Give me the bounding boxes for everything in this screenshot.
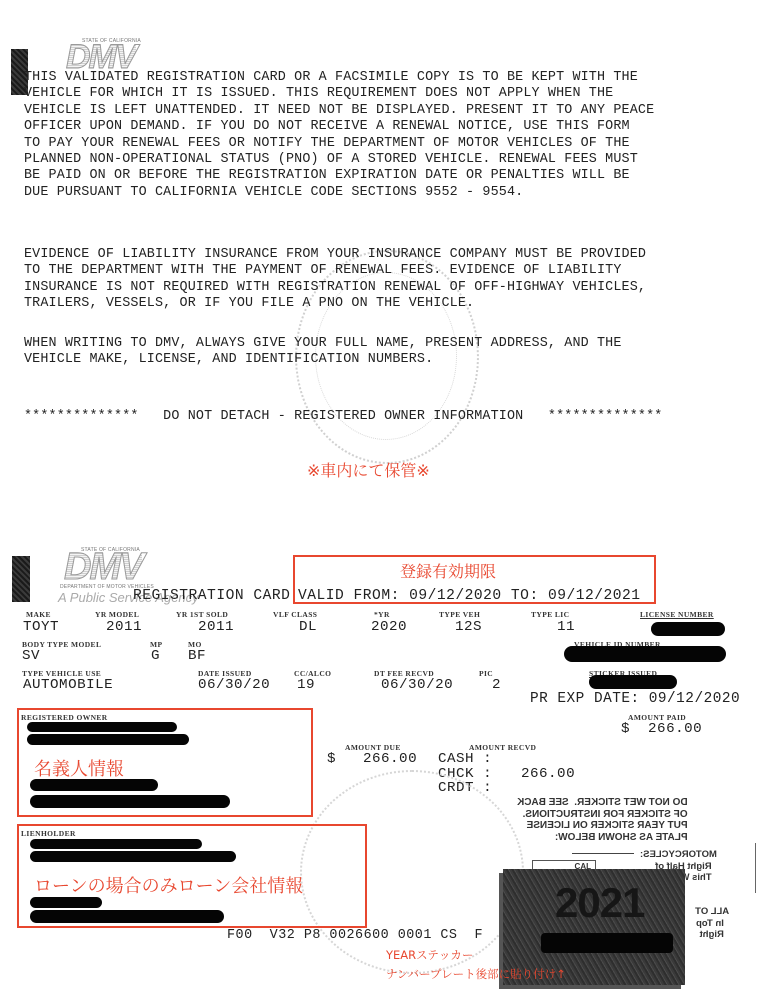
field-label-type-lic: TYPE LIC <box>531 610 569 619</box>
field-value-mp: G <box>151 648 160 664</box>
insurance-paragraph: EVIDENCE OF LIABILITY INSURANCE FROM YOU… <box>24 247 646 313</box>
field-value-date-issued: 06/30/20 <box>198 677 270 693</box>
field-value-vlf-class: DL <box>299 619 317 635</box>
owner-name-redacted-2 <box>27 734 189 745</box>
writing-dmv-paragraph: WHEN WRITING TO DMV, ALWAYS GIVE YOUR FU… <box>24 336 622 369</box>
payment-cash-label: CASH : <box>438 751 492 767</box>
field-value-type-veh: 12S <box>455 619 482 635</box>
lienholder-label: LIENHOLDER <box>21 829 76 838</box>
text-line: THIS VALIDATED REGISTRATION CARD OR A FA… <box>24 70 654 86</box>
amount-due-currency: $ <box>327 751 336 767</box>
do-not-detach-line: ************** DO NOT DETACH - REGISTERE… <box>24 409 662 425</box>
field-label-yr-model: YR MODEL <box>95 610 139 619</box>
field-label-make: MAKE <box>26 610 51 619</box>
field-label-yr: *YR <box>374 610 390 619</box>
field-label-type-veh: TYPE VEH <box>439 610 480 619</box>
pr-exp-date: PR EXP DATE: 09/12/2020 <box>530 691 740 707</box>
field-value-make: TOYT <box>23 619 59 635</box>
vehicle-id-redacted <box>564 646 726 662</box>
text-line: WHEN WRITING TO DMV, ALWAYS GIVE YOUR FU… <box>24 336 622 352</box>
text-line: INSURANCE IS NOT REQUIRED WITH REGISTRAT… <box>24 280 646 296</box>
lienholder-name-redacted-2 <box>30 851 236 862</box>
field-value-mo: BF <box>188 648 206 664</box>
field-value-type-lic: 11 <box>557 619 575 635</box>
amount-paid-value: $ 266.00 <box>621 721 702 737</box>
field-label-vlf-class: VLF CLASS <box>273 610 317 619</box>
owner-address-redacted-1 <box>30 779 158 791</box>
sticker-number-redacted <box>541 933 673 953</box>
license-number-redacted <box>651 622 725 636</box>
keep-in-car-annotation: ※車内にて保管※ <box>307 458 430 481</box>
top-disclaimer-paragraph-1: THIS VALIDATED REGISTRATION CARD OR A FA… <box>24 70 654 201</box>
text-line: TO THE DEPARTMENT WITH THE PAYMENT OF RE… <box>24 263 646 279</box>
top-dmv-logo: DMV <box>66 40 136 74</box>
text-line: PLANNED NON-OPERATIONAL STATUS (PNO) OF … <box>24 152 654 168</box>
year-sticker-year: 2021 <box>555 879 644 927</box>
card-logo-bar <box>12 556 30 602</box>
field-value-yr-1st-sold: 2011 <box>198 619 234 635</box>
text-line: BE PAID ON OR BEFORE THE REGISTRATION EX… <box>24 168 654 184</box>
card-dmv-logo: DMV <box>64 548 142 586</box>
field-value-yr-model: 2011 <box>106 619 142 635</box>
field-value-body-type-model: SV <box>22 648 40 664</box>
field-value-type-vehicle-use: AUTOMOBILE <box>23 677 113 693</box>
field-label-pic: PIC <box>479 669 493 678</box>
lienholder-address-redacted-2 <box>30 910 224 923</box>
footer-code: F00 V32 P8 0026600 0001 CS F <box>227 928 483 943</box>
validity-period-annotation: 登録有効期限 <box>400 559 496 582</box>
lienholder-address-redacted-1 <box>30 897 102 908</box>
text-line: OFFICER UPON DEMAND. IF YOU DO NOT RECEI… <box>24 119 654 135</box>
lienholder-name-redacted-1 <box>30 839 202 849</box>
field-label-yr-1st-sold: YR 1ST SOLD <box>176 610 228 619</box>
field-value-pic: 2 <box>492 677 501 693</box>
owner-name-redacted-1 <box>27 722 177 732</box>
field-value-cc-alco: 19 <box>297 677 315 693</box>
field-value-yr: 2020 <box>371 619 407 635</box>
payment-check-value: 266.00 <box>521 766 575 782</box>
sticker-all-other-mirrored: ALL OT In Top Right <box>695 906 729 941</box>
amount-due-value: 266.00 <box>363 751 417 767</box>
year-sticker-annotation-line1: YEARステッカー <box>386 947 473 963</box>
lienholder-info-annotation: ローンの場合のみローン会社情報 <box>34 872 303 898</box>
text-line: TRAILERS, VESSELS, OR IF YOU FILE A PNO … <box>24 296 646 312</box>
text-line: DUE PURSUANT TO CALIFORNIA VEHICLE CODE … <box>24 185 654 201</box>
sticker-arrow-line <box>572 853 634 854</box>
sticker-instructions-mirrored: DO NOT WET STICKER. SEE BACK OF STICKER … <box>517 797 688 843</box>
card-title: REGISTRATION CARD <box>133 588 290 604</box>
right-edge-mark <box>755 843 756 893</box>
owner-info-annotation: 名義人情報 <box>34 755 124 781</box>
text-line: TO PAY YOUR RENEWAL FEES OR NOTIFY THE D… <box>24 136 654 152</box>
sticker-issued-redacted <box>589 675 677 689</box>
year-sticker-annotation-line2: ナンバープレート後部に貼り付け↑ <box>386 966 566 982</box>
registered-owner-label: REGISTERED OWNER <box>21 713 108 722</box>
owner-address-redacted-2 <box>30 795 230 808</box>
text-line: VEHICLE IS LEFT UNATTENDED. IT NEED NOT … <box>24 103 654 119</box>
text-line: EVIDENCE OF LIABILITY INSURANCE FROM YOU… <box>24 247 646 263</box>
text-line: VEHICLE MAKE, LICENSE, AND IDENTIFICATIO… <box>24 352 622 368</box>
field-label-license-number: LICENSE NUMBER <box>640 610 714 619</box>
field-value-dt-fee-recvd: 06/30/20 <box>381 677 453 693</box>
text-line: VEHICLE FOR WHICH IT IS ISSUED. THIS REQ… <box>24 86 654 102</box>
